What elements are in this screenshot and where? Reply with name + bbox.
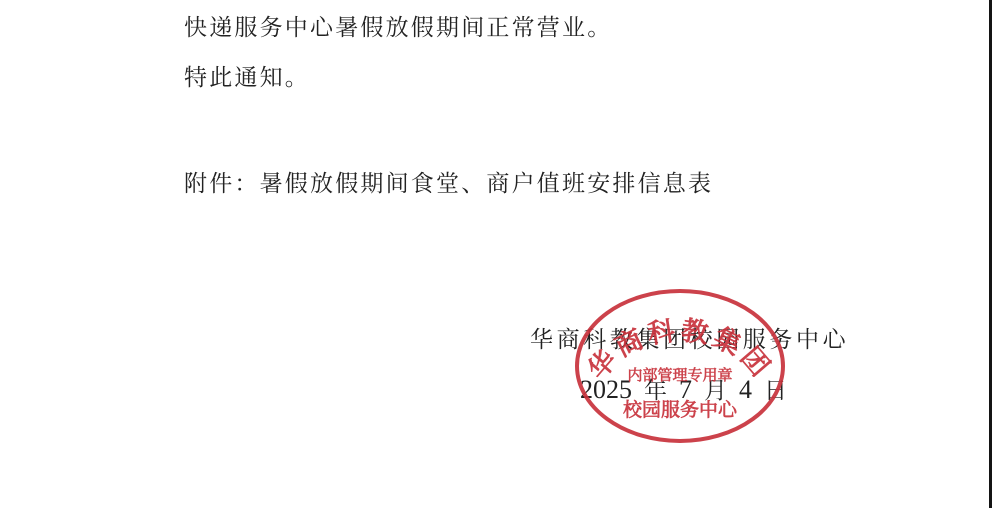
official-seal-stamp: 华商科教集团 内部管理专用章 校园服务中心 bbox=[574, 288, 786, 444]
attachment-line: 附件：暑假放假期间食堂、商户值班安排信息表 bbox=[184, 169, 713, 199]
date-day-unit: 日 bbox=[764, 378, 787, 404]
date-year-unit: 年 bbox=[644, 378, 667, 404]
date-month-unit: 月 bbox=[704, 378, 727, 404]
seal-border bbox=[577, 291, 783, 441]
signature-organization: 华商科教集团校园服务中心 bbox=[530, 325, 849, 355]
date-year: 2025 bbox=[580, 375, 632, 404]
body-paragraph-business-hours: 快递服务中心暑假放假期间正常营业。 bbox=[184, 13, 612, 43]
body-paragraph-notice-closing: 特此通知。 bbox=[184, 63, 310, 93]
date-day: 4 bbox=[739, 375, 752, 404]
date-month: 7 bbox=[679, 375, 692, 404]
signature-date: 2025年7月4日 bbox=[580, 375, 787, 406]
